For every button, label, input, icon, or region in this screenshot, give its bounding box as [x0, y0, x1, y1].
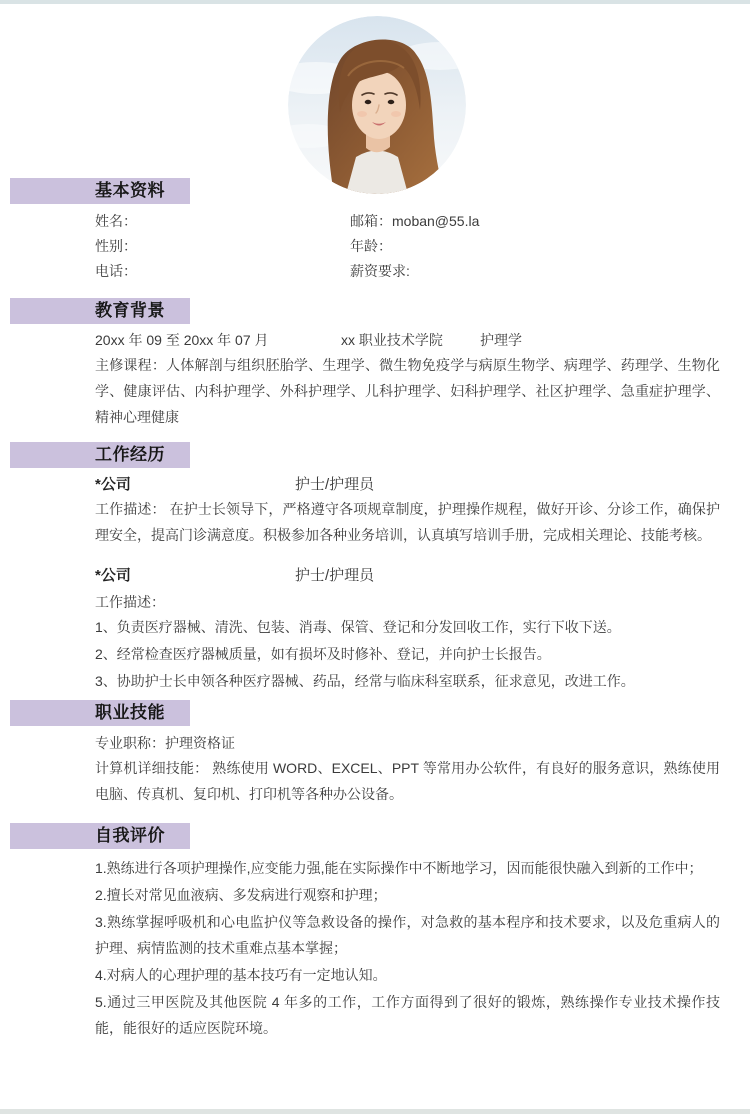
education-period: 20xx 年 09 至 20xx 年 07 月 — [95, 329, 341, 352]
basic-info-row: 性别： 年龄： — [95, 234, 720, 259]
job-duty-item: 2、经常检查医疗器械质量，如有损坏及时修补、登记，并向护士长报告。 — [95, 641, 720, 668]
skill-computer-line: 计算机详细技能： 熟练使用 WORD、EXCEL、PPT 等常用办公软件，有良好… — [95, 755, 720, 807]
portrait-illustration — [288, 16, 466, 194]
job-duty-item: 3、协助护士长申领各种医疗器械、药品，经常与临床科室联系，征求意见，改进工作。 — [95, 668, 720, 695]
self-evaluation-item: 1.熟练进行各项护理操作,应变能力强,能在实际操作中不断地学习，因而能很快融入到… — [95, 855, 720, 881]
job-position: 护士/护理员 — [295, 567, 374, 584]
self-evaluation-item: 4.对病人的心理护理的基本技巧有一定地认知。 — [95, 962, 720, 988]
job-company: *公司 — [95, 473, 295, 496]
job-description-label: 工作描述： — [95, 591, 720, 614]
job-header: *公司护士/护理员 — [95, 473, 720, 496]
skill-title-line: 专业职称：护理资格证 — [95, 731, 720, 755]
self-evaluation-item: 5.通过三甲医院及其他医院 4 年多的工作，工作方面得到了很好的锻炼，熟练操作专… — [95, 989, 720, 1041]
job-entry: *公司护士/护理员 工作描述： 在护士长领导下，严格遵守各项规章制度，护理操作规… — [95, 473, 720, 548]
section-header-education: 教育背景 — [10, 298, 190, 324]
self-evaluation-item: 3.熟练掌握呼吸机和心电监护仪等急救设备的操作，对急救的基本程序和技术要求，以及… — [95, 909, 720, 961]
section-work-experience: 工作经历 *公司护士/护理员 工作描述： 在护士长领导下，严格遵守各项规章制度，… — [0, 442, 750, 695]
field-gender: 性别： — [95, 234, 350, 259]
field-salary: 薪资要求: — [350, 259, 720, 284]
self-evaluation-body: 1.熟练进行各项护理操作,应变能力强,能在实际操作中不断地学习，因而能很快融入到… — [95, 855, 720, 1041]
basic-info-row: 姓名： 邮箱：moban@55.la — [95, 209, 720, 234]
section-header-professional-skills: 职业技能 — [10, 700, 190, 726]
profile-photo — [288, 16, 466, 194]
section-title: 教育背景 — [95, 301, 165, 320]
section-title: 工作经历 — [95, 445, 165, 464]
job-header: *公司护士/护理员 — [95, 564, 720, 587]
section-education: 教育背景 20xx 年 09 至 20xx 年 07 月xx 职业技术学院护理学… — [0, 298, 750, 430]
education-courses: 主修课程：人体解剖与组织胚胎学、生理学、微生物免疫学与病原生物学、病理学、药理学… — [95, 352, 720, 430]
section-self-evaluation: 自我评价 1.熟练进行各项护理操作,应变能力强,能在实际操作中不断地学习，因而能… — [0, 823, 750, 1041]
section-title: 自我评价 — [95, 826, 165, 845]
work-experience-body: *公司护士/护理员 工作描述： 在护士长领导下，严格遵守各项规章制度，护理操作规… — [95, 473, 720, 695]
job-description: 工作描述： 在护士长领导下，严格遵守各项规章制度，护理操作规程，做好开诊、分诊工… — [95, 496, 720, 548]
resume-page: 基本资料 姓名： 邮箱：moban@55.la 性别： 年龄： 电话： 薪资要求… — [0, 0, 750, 1114]
education-body: 20xx 年 09 至 20xx 年 07 月xx 职业技术学院护理学 主修课程… — [95, 329, 720, 430]
bottom-border-strip — [0, 1109, 750, 1114]
basic-info-row: 电话： 薪资要求: — [95, 259, 720, 284]
field-email: 邮箱：moban@55.la — [350, 209, 720, 234]
education-major: 护理学 — [480, 332, 522, 348]
job-position: 护士/护理员 — [295, 476, 374, 493]
job-duty-item: 1、负责医疗器械、清洗、包装、消毒、保管、登记和分发回收工作，实行下收下送。 — [95, 614, 720, 641]
field-phone: 电话： — [95, 259, 350, 284]
field-name: 姓名： — [95, 209, 350, 234]
education-summary-line: 20xx 年 09 至 20xx 年 07 月xx 职业技术学院护理学 — [95, 329, 720, 352]
section-professional-skills: 职业技能 专业职称：护理资格证 计算机详细技能： 熟练使用 WORD、EXCEL… — [0, 700, 750, 807]
basic-info-fields: 姓名： 邮箱：moban@55.la 性别： 年龄： 电话： 薪资要求: — [95, 209, 720, 284]
self-evaluation-item: 2.擅长对常见血液病、多发病进行观察和护理； — [95, 882, 720, 908]
job-entry: *公司护士/护理员 工作描述： 1、负责医疗器械、清洗、包装、消毒、保管、登记和… — [95, 564, 720, 695]
section-title: 职业技能 — [95, 703, 165, 722]
field-age: 年龄： — [350, 234, 720, 259]
top-border-strip — [0, 0, 750, 4]
job-company: *公司 — [95, 564, 295, 587]
section-title: 基本资料 — [95, 181, 165, 200]
section-header-work-experience: 工作经历 — [10, 442, 190, 468]
section-header-self-evaluation: 自我评价 — [10, 823, 190, 849]
section-header-basic-info: 基本资料 — [10, 178, 190, 204]
skills-body: 专业职称：护理资格证 计算机详细技能： 熟练使用 WORD、EXCEL、PPT … — [95, 731, 720, 807]
education-school: xx 职业技术学院 — [341, 329, 480, 352]
